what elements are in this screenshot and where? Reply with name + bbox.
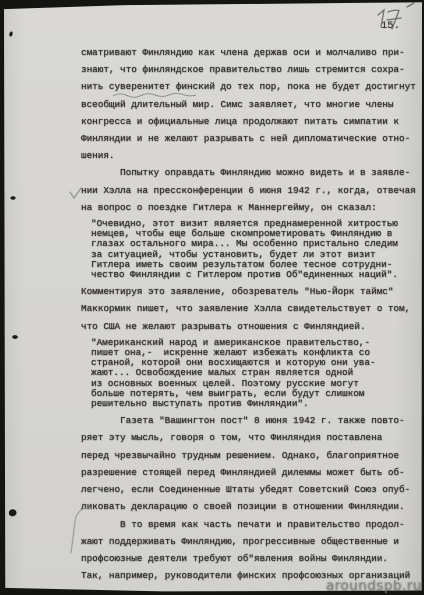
watermark: aroundspb.ru	[326, 578, 422, 594]
text-line: нить суверенитет финский до тех пор, пок…	[81, 78, 422, 95]
paragraph: Комментируя это заявление, обозреватель …	[81, 283, 422, 335]
quoted-passage: "Очевидно, этот визит является преднамер…	[81, 219, 422, 280]
text-line: всеобщий длительный мир. Симс заявляет, …	[81, 96, 422, 113]
text-line: знают, что финляндское правительство лиш…	[81, 61, 422, 78]
quoted-passage: "Американский народ и американское прави…	[81, 338, 422, 409]
text-line: чество Финляндии с Гитлером против Об"ед…	[91, 270, 422, 280]
text-line: Финляндии и не желают разрывать с ней ди…	[81, 130, 422, 147]
text-line: конгресса и официальные лица продолжают …	[81, 113, 422, 130]
text-line: нии Хэлла на прессконференции 6 июня 194…	[81, 182, 422, 199]
page-number: 15.	[381, 20, 400, 32]
text-line: Попытку оправдать Финляндию можно видеть…	[81, 164, 422, 181]
text-line: решительно выступать против Финляндии".	[91, 399, 422, 409]
paragraph: сматривают Финляндию как члена держав ос…	[81, 44, 422, 164]
text-line: Маккормик пишет, что заявление Хэлла сви…	[81, 300, 422, 317]
text-line: ряет эту мысль, говоря о том, что Финлян…	[81, 429, 422, 446]
text-line: на вопрос о поездке Гитлера к Маннергейм…	[81, 199, 422, 216]
text-blocks: сматривают Финляндию как члена держав ос…	[81, 44, 422, 584]
text-line: Газета "Вашингтон пост" 8 июня 1942 г. т…	[81, 412, 422, 429]
text-line: Комментируя это заявление, обозреватель …	[81, 283, 422, 300]
text-line: перед чрезвычайно трудным решением. Одна…	[81, 447, 422, 464]
text-line: жают поддерживать Финляндию, прогрессивн…	[81, 533, 422, 550]
text-line: что США не желают разрывать отношения с …	[81, 318, 422, 335]
scanned-document-photo: 15. сматривают Финляндию как члена держа…	[0, 0, 424, 595]
text-line: разрешение стоящей перед Финляндией диле…	[81, 464, 422, 481]
paragraph: В то время как часть печати и правительс…	[81, 516, 422, 585]
paragraph: Попытку оправдать Финляндию можно видеть…	[81, 164, 422, 216]
text-line: легчено, если Соединенные Штаты убедят С…	[81, 481, 422, 498]
text-line: сматривают Финляндию как члена держав ос…	[81, 44, 422, 61]
text-line: профсоюзные деятели требуют об"явления в…	[81, 550, 422, 567]
text-line: ликовать декларацию о своей позиции в от…	[81, 498, 422, 515]
paragraph: Газета "Вашингтон пост" 8 июня 1942 г. т…	[81, 412, 422, 515]
text-line: В то время как часть печати и правительс…	[81, 516, 422, 533]
text-line: шения.	[81, 147, 422, 164]
